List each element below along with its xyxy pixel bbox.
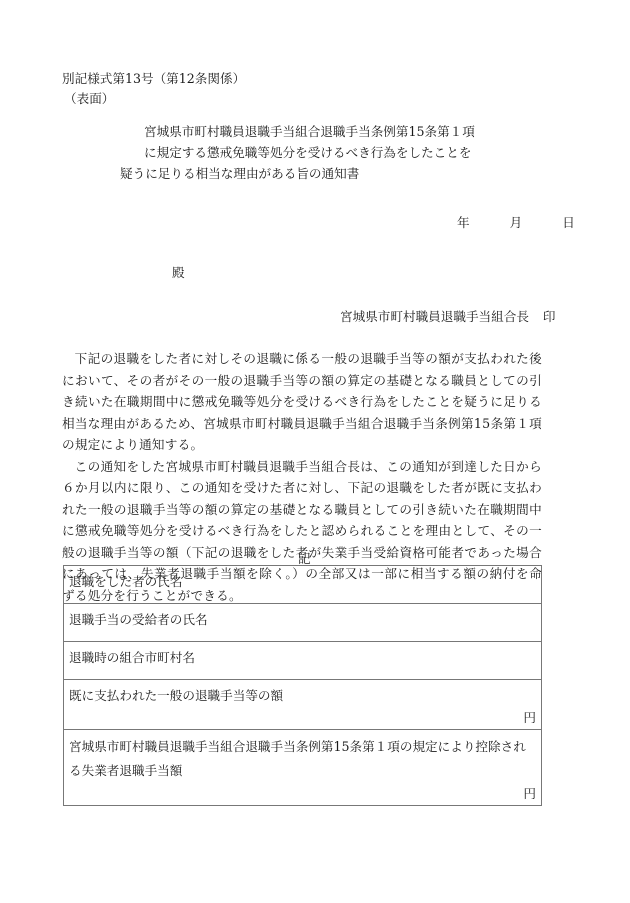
- title-line-1: 宮城県市町村職員退職手当組合退職手当条例第15条第１項: [112, 121, 475, 142]
- date-field: 年月日: [457, 212, 575, 231]
- table-row: 退職時の組合市町村名: [64, 642, 542, 680]
- field-deducted-amount[interactable]: 宮城県市町村職員退職手当組合退職手当条例第15条第１項の規定により控除される失業…: [64, 730, 542, 806]
- field-label: 既に支払われた一般の退職手当等の額: [69, 688, 283, 703]
- yen-unit: 円: [69, 783, 536, 805]
- sender-block: 宮城県市町村職員退職手当組合長印: [340, 306, 556, 325]
- side-label: （表面）: [64, 88, 114, 107]
- field-municipality[interactable]: 退職時の組合市町村名: [64, 642, 542, 680]
- record-table: 退職をした者の氏名 退職手当の受給者の氏名 退職時の組合市町村名 既に支払われた…: [63, 565, 542, 806]
- field-label: 宮城県市町村職員退職手当組合退職手当条例第15条第１項の規定により控除される失業…: [69, 735, 536, 783]
- sender-name: 宮城県市町村職員退職手当組合長: [340, 309, 529, 324]
- yen-unit: 円: [69, 707, 536, 729]
- addressee-honorific: 殿: [172, 262, 185, 281]
- field-paid-amount[interactable]: 既に支払われた一般の退職手当等の額円: [64, 680, 542, 730]
- date-day-label: 日: [562, 212, 575, 231]
- field-label: 退職手当の受給者の氏名: [69, 612, 208, 627]
- field-label: 退職をした者の氏名: [69, 574, 182, 589]
- body-paragraph-1: 下記の退職をした者に対しその退職に係る一般の退職手当等の額が支払われた後において…: [62, 348, 542, 456]
- field-recipient-name[interactable]: 退職手当の受給者の氏名: [64, 604, 542, 642]
- date-month-label: 月: [510, 212, 523, 231]
- field-retiree-name[interactable]: 退職をした者の氏名: [64, 566, 542, 604]
- seal-mark: 印: [543, 309, 556, 324]
- table-row: 退職手当の受給者の氏名: [64, 604, 542, 642]
- date-year-label: 年: [457, 212, 470, 231]
- table-row: 宮城県市町村職員退職手当組合退職手当条例第15条第１項の規定により控除される失業…: [64, 730, 542, 806]
- title-line-3: 疑うに足りる相当な理由がある旨の通知書: [112, 163, 475, 184]
- document-title: 宮城県市町村職員退職手当組合退職手当条例第15条第１項 に規定する懲戒免職等処分…: [112, 121, 475, 184]
- title-line-2: に規定する懲戒免職等処分を受けるべき行為をしたことを: [112, 142, 475, 163]
- field-label: 退職時の組合市町村名: [69, 650, 195, 665]
- form-number: 別記様式第13号（第12条関係）: [62, 68, 245, 87]
- table-row: 退職をした者の氏名: [64, 566, 542, 604]
- table-row: 既に支払われた一般の退職手当等の額円: [64, 680, 542, 730]
